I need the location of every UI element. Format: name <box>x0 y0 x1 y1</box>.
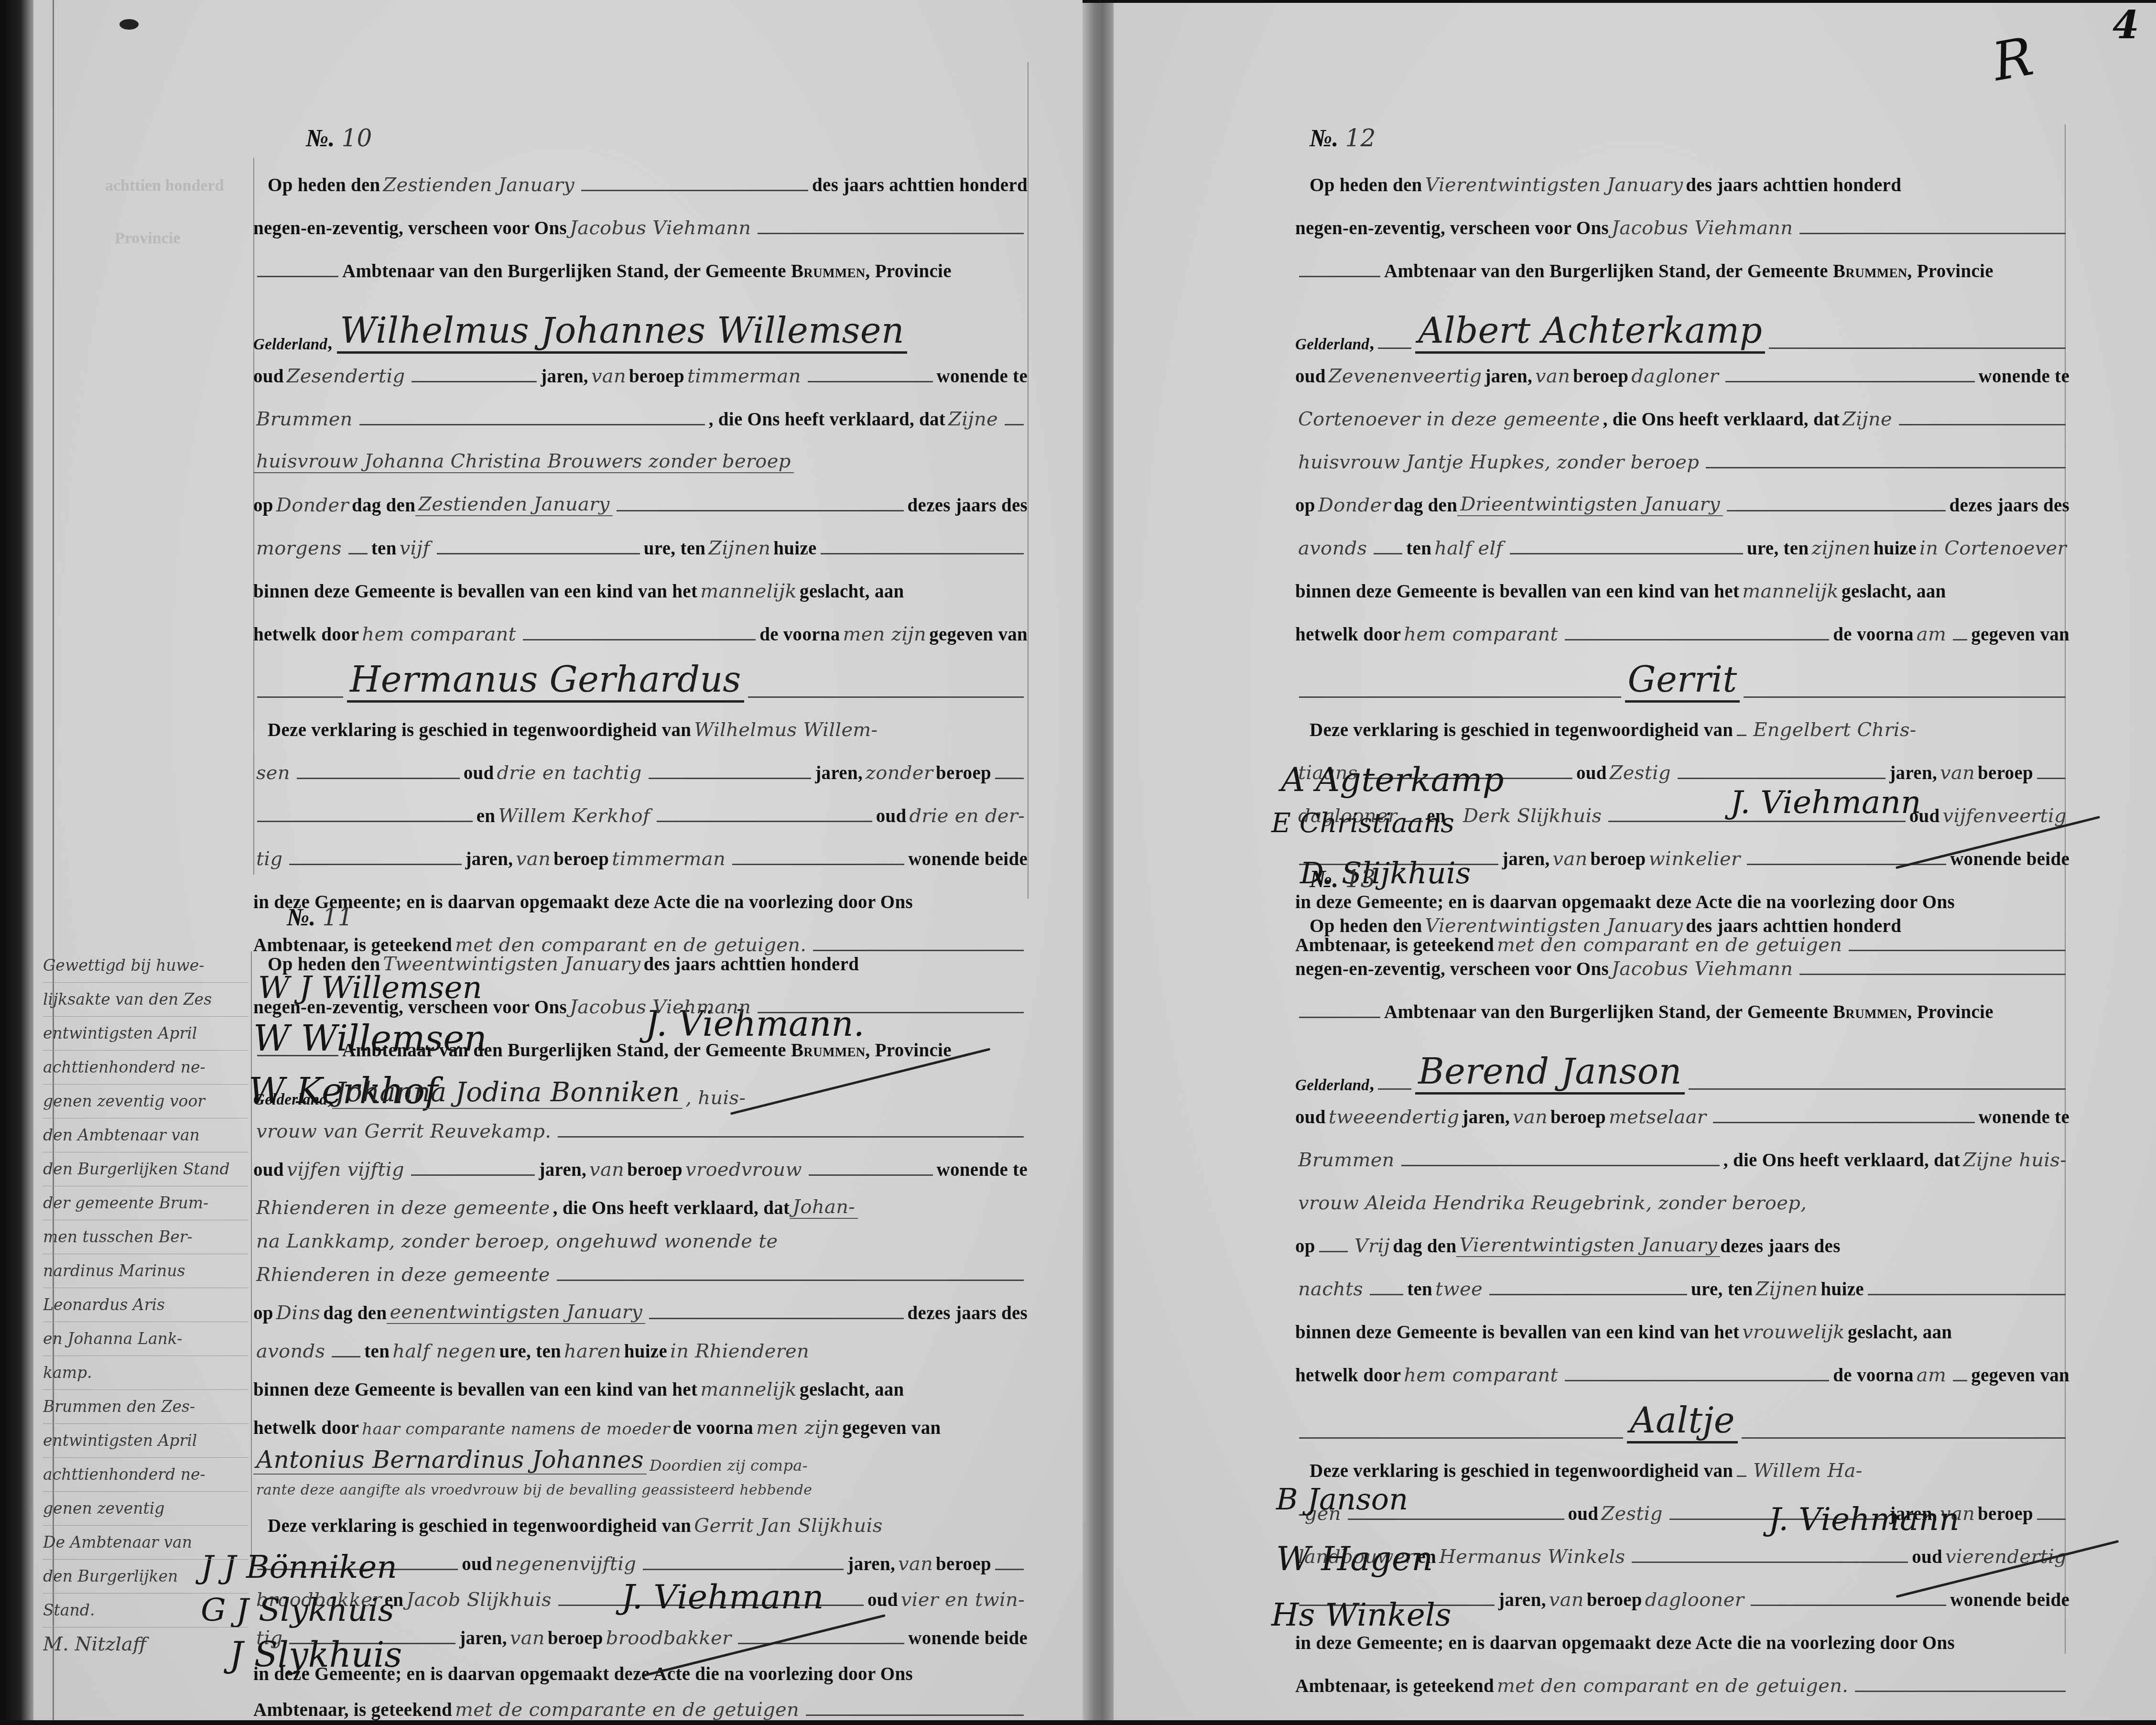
line-declarant: Gelderland,Wilhelmus Johannes Willemsen <box>253 311 1028 354</box>
line-residence: Brummen, die Ons heeft verklaard, datZij… <box>1295 1142 2069 1171</box>
line-residence: Rhienderen in deze gemeente, die Ons hee… <box>253 1190 1028 1219</box>
line-closing: in deze Gemeente; en is daarvan opgemaak… <box>253 884 1028 913</box>
official-signature: J. Viehmann <box>621 1577 824 1617</box>
line-ambtenaar: Ambtenaar van den Burgerlijken Stand, de… <box>1295 253 2069 282</box>
annotation-line: kamp. <box>43 1356 249 1390</box>
book-gutter <box>1083 0 1116 1725</box>
book-left-edge <box>0 0 33 1725</box>
column-rule <box>1028 62 1029 899</box>
line-ambtenaar: Ambtenaar van den Burgerlijken Stand, de… <box>1295 994 2069 1023</box>
line-declarant: Gelderland,Albert Achterkamp <box>1295 311 2069 354</box>
line-signed: Ambtenaar, is geteekendmet den comparant… <box>1295 1668 2069 1697</box>
annotation-line: den Burgerlijken Stand <box>43 1152 249 1186</box>
line-given-by: hetwelk doorhem comparantde voornamen zi… <box>253 617 1028 645</box>
entry-number: №.12 <box>1310 124 1376 152</box>
annotation-line: Brummen den Zes- <box>43 1390 249 1424</box>
line-ambtenaar: Ambtenaar van den Burgerlijken Stand, de… <box>253 253 1028 282</box>
line-date: Op heden denZestienden Januarydes jaars … <box>253 167 1028 196</box>
line-birth-time: nachtstentweeure, tenZijnenhuize <box>1295 1271 2069 1300</box>
annotation-line: men tusschen Ber- <box>43 1220 249 1254</box>
line-birth-time: morgenstenvijfure, tenZijnenhuize <box>253 531 1028 559</box>
annotation-line: entwintigsten April <box>43 1017 249 1051</box>
entry-number: №.11 <box>287 903 353 932</box>
ink-blot-mark <box>119 19 139 30</box>
column-rule <box>251 951 252 1573</box>
annotation-line: nardinus Marinus <box>43 1254 249 1288</box>
margin-annotation-legitimation: Gewettigd bij huwe- lijksakte van den Ze… <box>43 949 249 1661</box>
line-given-by: hetwelk doorhem comparantde voornaamgege… <box>1295 1357 2069 1386</box>
witness-signature: E Christiaans <box>1271 808 1454 839</box>
line-declarant-2: vrouw van Gerrit Reuvekamp. <box>253 1114 1028 1142</box>
line-date: Op heden denTweentwintigsten Januarydes … <box>253 946 1028 975</box>
annotation-line: lijksakte van den Zes <box>43 983 249 1017</box>
line-witness1: Deze verklaring is geschied in tegenwoor… <box>1295 712 2069 741</box>
line-official: negen-en-zeventig, verscheen voor OnsJac… <box>1295 951 2069 980</box>
line-date: Op heden denVierentwintigsten Januarydes… <box>1295 908 2069 937</box>
annotation-line: den Ambtenaar van <box>43 1118 249 1152</box>
line-child-name: Gerrit <box>1295 660 2069 703</box>
line-child-name: Aaltje <box>1295 1400 2069 1443</box>
line-sex: binnen deze Gemeente is bevallen van een… <box>1295 574 2069 602</box>
line-spouse: vrouw Aleida Hendrika Reugebrink, zonder… <box>1295 1185 2069 1214</box>
line-given-by: hetwelk doorhaar comparante namens de mo… <box>253 1410 1028 1439</box>
annotation-line: genen zeventig voor <box>43 1085 249 1118</box>
bleed-through-text: achttien honderd <box>105 177 224 195</box>
line-residence: Cortenoever in deze gemeente, die Ons he… <box>1295 401 2069 430</box>
line-mother-3: Rhienderen in deze gemeente <box>253 1257 1028 1286</box>
line-declarant: Gelderland,Johanna Jodina Bonniken, huis… <box>253 1075 1028 1109</box>
line-child-note: rante deze aangifte als vroedvrouw bij d… <box>253 1475 1028 1498</box>
line-sex: binnen deze Gemeente is bevallen van een… <box>1295 1314 2069 1343</box>
line-ambtenaar: Ambtenaar van den Burgerlijken Stand, de… <box>253 1032 1028 1061</box>
entry-number: №.13 <box>1310 865 1376 893</box>
scan-bottom-edge <box>0 1720 2156 1725</box>
line-given-by: hetwelk doorhem comparantde voornaamgege… <box>1295 617 2069 645</box>
line-witness1: Deze verklaring is geschied in tegenwoor… <box>1295 1453 2069 1482</box>
line-age-occupation: oudZesendertigjaren,vanberoeptimmermanwo… <box>253 358 1028 387</box>
annotation-line: Gewettigd bij huwe- <box>43 949 249 983</box>
line-age-occupation: oudvijfen vijftigjaren,vanberoepvroedvro… <box>253 1152 1028 1181</box>
line-witness1: Deze verklaring is geschied in tegenwoor… <box>253 712 1028 741</box>
line-witness2-details: tigjaren,vanberoeptimmermanwonende beide <box>253 841 1028 870</box>
line-child-name: Hermanus Gerhardus <box>253 660 1028 703</box>
witness-signature: J Slykhuis <box>229 1635 402 1675</box>
official-signature: J. Viehmann <box>1730 784 1921 821</box>
line-sex: binnen deze Gemeente is bevallen van een… <box>253 1372 1028 1400</box>
annotation-line: en Johanna Lank- <box>43 1322 249 1356</box>
annotation-line: den Burgerlijken <box>43 1560 249 1594</box>
line-residence: Brummen, die Ons heeft verklaard, datZij… <box>253 401 1028 430</box>
scan-top-edge <box>1083 0 2156 3</box>
annotation-line: De Ambtenaar van <box>43 1526 249 1560</box>
line-witness1-details: senouddrie en tachtigjaren,zonderberoep <box>253 755 1028 784</box>
annotation-line: entwintigsten April <box>43 1424 249 1458</box>
line-witness1: Deze verklaring is geschied in tegenwoor… <box>253 1508 1028 1537</box>
annotation-line: genen zeventig <box>43 1492 249 1526</box>
witness-signature: B Janson <box>1276 1482 1408 1517</box>
line-birth-time: avondstenhalf negenure, tenharenhuizein … <box>253 1334 1028 1362</box>
page-number: 4 <box>2113 2 2139 47</box>
line-official: negen-en-zeventig, verscheen voor OnsJac… <box>253 210 1028 239</box>
line-birth-day: opDonderdag denDrieentwintigsten January… <box>1295 488 2069 516</box>
line-birth-day: opDonderdag denZestienden Januarydezes j… <box>253 488 1028 516</box>
line-age-occupation: oudZevenenveertigjaren,vanberoepdagloner… <box>1295 358 2069 387</box>
annotation-line: achttienhonderd ne- <box>43 1051 249 1085</box>
bleed-through-text: Provincie <box>115 229 180 248</box>
line-sex: binnen deze Gemeente is bevallen van een… <box>253 574 1028 602</box>
annotation-signature: M. Nitzlaff <box>43 1627 249 1661</box>
line-birth-day: opDinsdag deneenentwintigsten Januarydez… <box>253 1295 1028 1324</box>
line-signed: Ambtenaar, is geteekendmet de comparante… <box>253 1692 1028 1721</box>
annotation-line: der gemeente Brum- <box>43 1186 249 1220</box>
entry-number: №.10 <box>306 124 372 152</box>
official-signature: J. Viehmann <box>1768 1501 1959 1538</box>
line-date: Op heden denVierentwintigsten Januarydes… <box>1295 167 2069 196</box>
line-declarant: Gelderland,Berend Janson <box>1295 1052 2069 1095</box>
line-birth-time: avondstenhalf elfure, tenzijnenhuizein C… <box>1295 531 2069 559</box>
line-age-occupation: oudtweeendertigjaren,vanberoepmetselaarw… <box>1295 1099 2069 1128</box>
line-official: negen-en-zeventig, verscheen voor OnsJac… <box>1295 210 2069 239</box>
line-spouse: huisvrouw Johanna Christina Brouwers zon… <box>253 445 1028 473</box>
line-birth-day: opVrijdag denVierentwintigsten Januaryde… <box>1295 1228 2069 1257</box>
witness-signature: W Hagen <box>1276 1539 1433 1578</box>
line-child-name: Antonius Bernardinus JohannesDoordien zi… <box>253 1446 1028 1475</box>
witness-signature: Hs Winkels <box>1271 1596 1452 1633</box>
witness-signature: A Agterkamp <box>1281 760 1504 799</box>
annotation-line: achttienhonderd ne- <box>43 1458 249 1492</box>
annotation-line: Stand. <box>43 1594 249 1627</box>
line-mother: na Lankkamp, zonder beroep, ongehuwd won… <box>253 1224 1028 1252</box>
line-spouse: huisvrouw Jantje Hupkes, zonder beroep <box>1295 445 2069 473</box>
annotation-line: Leonardus Aris <box>43 1288 249 1322</box>
line-witness2: enWillem Kerkhofouddrie en der- <box>253 798 1028 827</box>
line-official: negen-en-zeventig, verscheen voor OnsJac… <box>253 989 1028 1018</box>
